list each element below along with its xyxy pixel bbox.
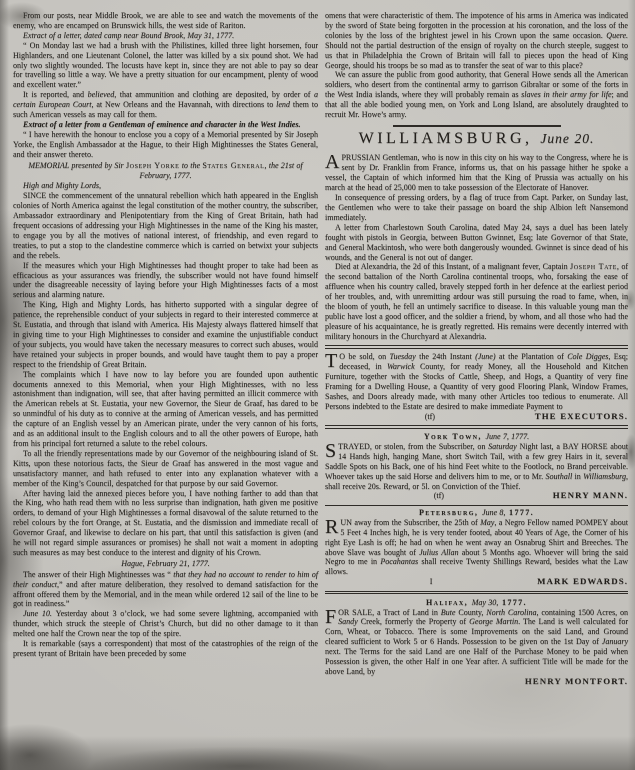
text-run: at the Plantation of (496, 352, 568, 361)
letter-dateline: Extract of a letter, dated camp near Bou… (13, 31, 318, 41)
text-run: lend (276, 100, 290, 109)
memorial-paragraph-3: The King, High and Mighty Lords, has hit… (13, 300, 318, 369)
text-run: O be sold, on (339, 352, 389, 361)
divider-rule (325, 425, 628, 429)
text-run: May 30, (472, 598, 499, 607)
text-run: SINCE the commencement of the unnatural … (13, 191, 318, 259)
text-run: January (602, 637, 628, 646)
drop-cap: A (325, 154, 341, 171)
signature-montfort: HENRY MONTFORT. (325, 677, 628, 687)
text-run: to the (179, 161, 202, 170)
text-run: If the measures which your High Mightine… (13, 261, 318, 300)
text-run: In consequence of pressing orders, by a … (325, 193, 628, 222)
extract-heading: Extract of a letter from a Gentleman of … (13, 120, 318, 130)
text-run: The answer of their High Mightinesses wa… (23, 570, 173, 579)
signature-mann: (tf)HENRY MANN. (325, 491, 628, 501)
text-run: June 7, 1777. (485, 432, 529, 441)
text-run: Extract of a letter from a Gentleman of … (23, 120, 300, 129)
text-run: Petersburg, (419, 508, 482, 517)
text-run: UN away from the Subscriber, the 25th of (340, 518, 480, 527)
divider-rule (325, 505, 628, 506)
text-run: Sandy (338, 617, 358, 626)
ad-strayed-horse: STRAYED, or stolen, from the Subscriber,… (325, 442, 628, 492)
signature-name: MARK EDWARDS. (537, 577, 628, 587)
news-ammunition: It is reported, and believed, that ammun… (13, 90, 318, 120)
text-run: Hague, February 21, 1777. (121, 559, 209, 568)
text-run: States General (202, 161, 264, 170)
drop-cap: S (325, 443, 338, 460)
ad-mark: (tf) (325, 412, 535, 422)
drop-cap: F (325, 609, 338, 626)
text-run: Died at Alexandria, the 2d of this Insta… (335, 262, 570, 271)
text-run: MEMORIAL presented by Sir (28, 161, 126, 170)
dateline-petersburg: Petersburg, June 8, 1777. (325, 508, 628, 518)
text-run: WILLIAMSBURG, (359, 130, 541, 147)
text-run: It is reported, and (23, 90, 88, 99)
memorial-paragraph-2: If the measures which your High Mightine… (13, 261, 318, 301)
text-run: It is remarkable (says a correspondent) … (13, 639, 318, 658)
memorial-paragraph-4: The complaints which I have now to lay b… (13, 370, 318, 449)
text-run: next. The Terms for the said Land are on… (325, 647, 628, 676)
memorial-heading: MEMORIAL presented by Sir Joseph Yorke t… (13, 161, 318, 181)
masthead-rule (393, 125, 561, 128)
text-run: June 20. (540, 131, 594, 146)
text-run: omens that were characteristic of them. … (325, 11, 628, 40)
text-run: , at New Orleans and the Havannah, with … (91, 100, 276, 109)
text-run: Saturday (488, 442, 517, 451)
ad-mark: (tf) (325, 491, 553, 501)
text-run: County, (455, 608, 486, 617)
signature-edwards: IMARK EDWARDS. (325, 577, 628, 587)
letter-extract: “ On Monday last we had a brush with the… (13, 41, 318, 91)
text-run: George Martin (469, 617, 518, 626)
dateline-york-town: York Town, June 7, 1777. (325, 432, 628, 442)
text-run: Halifax, (426, 598, 472, 607)
right-column: omens that were characteristic of them. … (325, 11, 628, 687)
text-run: OR SALE, a Tract of Land in (338, 608, 441, 617)
text-run: Southall (546, 472, 573, 481)
howe-paragraph: We can assure the public from good autho… (325, 70, 628, 120)
ad-land-sale: FOR SALE, a Tract of Land in Bute County… (325, 608, 628, 677)
text-run: (June) (475, 352, 495, 361)
text-run: , that ammunition and clothing are depos… (114, 90, 314, 99)
divider-rule (325, 591, 628, 595)
text-run: After having laid the annexed pieces bef… (13, 489, 318, 557)
text-run: The King, High and Mighty Lords, has hit… (13, 300, 318, 368)
news-remarkable: It is remarkable (says a correspondent) … (13, 639, 318, 659)
signature-name: HENRY MONTFORT. (525, 677, 628, 687)
signature-name: HENRY MANN. (553, 491, 628, 501)
text-run: Julius Allan (419, 548, 458, 557)
text-run: High and Mighty Lords, (23, 181, 101, 190)
text-run: Creek, formerly the Property of (358, 617, 469, 626)
text-run: Quere. (606, 31, 628, 40)
text-run: June 10. (23, 609, 56, 618)
text-run: , containing 1500 Acres, on (536, 608, 628, 617)
text-run: Joseph Yorke (126, 161, 179, 170)
text-run: Joseph Tate (570, 262, 617, 271)
text-run: believed (88, 90, 115, 99)
answer-paragraph: The answer of their High Mightinesses wa… (13, 570, 318, 610)
signature-name: THE EXECUTORS. (535, 412, 628, 422)
text-run: The complaints which I have now to lay b… (13, 370, 318, 448)
text-run: “ I have herewith the honour to enclose … (13, 130, 318, 159)
text-run: slaves in their army for life (521, 90, 611, 99)
text-run: ,” and after mature deliberation, they r… (13, 580, 318, 609)
text-run: Tuesday (389, 352, 415, 361)
omens-paragraph: omens that were characteristic of them. … (325, 11, 628, 70)
text-run: A letter from Charlestown South Carolina… (325, 223, 628, 262)
text-run: May (480, 518, 494, 527)
text-run: the 24th Instant (416, 352, 475, 361)
text-run: Yesterday about 3 o’clock, we had some s… (13, 609, 318, 638)
text-run: 1777. (498, 598, 527, 607)
ad-runaway: RUN away from the Subscriber, the 25th o… (325, 518, 628, 577)
salutation: High and Mighty Lords, (13, 181, 318, 191)
masthead: WILLIAMSBURG, June 20. (325, 129, 628, 151)
duel-news: A letter from Charlestown South Carolina… (325, 223, 628, 263)
memorial-intro: “ I have herewith the honour to enclose … (13, 130, 318, 160)
text-run: 1777. (505, 508, 534, 517)
drop-cap: T (325, 353, 339, 370)
text-run: York Town, (424, 432, 486, 441)
signature-executors: (tf)THE EXECUTORS. (325, 412, 628, 422)
text-run: TRAYED, or stolen, from the Subscriber, … (338, 442, 488, 451)
text-run: Pocahantas (380, 557, 418, 566)
dateline-halifax: Halifax, May 30, 1777. (325, 598, 628, 608)
text-run: Extract of a letter, dated camp near Bou… (23, 31, 234, 40)
ad-estate-sale: TO be sold, on Tuesday the 24th Instant … (325, 352, 628, 411)
news-middle-brook: From our posts, near Middle Brook, we ar… (13, 11, 318, 31)
text-run: , of the second battalion of the North C… (325, 262, 628, 340)
text-run: “ On Monday last we had a brush with the… (13, 41, 318, 90)
memorial-paragraph-5: To all the friendly representations made… (13, 449, 318, 489)
obituary-tate: Died at Alexandria, the 2d of this Insta… (325, 262, 628, 341)
albion-news: In consequence of pressing orders, by a … (325, 193, 628, 223)
text-run: To all the friendly representations made… (13, 449, 318, 488)
text-run: North Carolina (486, 608, 536, 617)
ad-mark: I (325, 577, 537, 587)
text-run: Should not the partial destruction of th… (325, 41, 628, 70)
hague-dateline: Hague, February 21, 1777. (13, 559, 318, 569)
newspaper-page: From our posts, near Middle Brook, we ar… (0, 0, 635, 770)
memorial-paragraph-6: After having laid the annexed pieces bef… (13, 489, 318, 558)
text-run: Bute (441, 608, 456, 617)
news-june-10: June 10. Yesterday about 3 o’clock, we h… (13, 609, 318, 639)
drop-cap: R (325, 519, 340, 536)
text-run: PRUSSIAN Gentleman, who is now in this c… (325, 153, 628, 192)
left-column: From our posts, near Middle Brook, we ar… (13, 11, 318, 659)
memorial-paragraph-1: SINCE the commencement of the unnatural … (13, 191, 318, 260)
text-run: June 8, (482, 508, 505, 517)
text-run: Williamsburg (583, 472, 626, 481)
text-run: Warwick (387, 362, 415, 371)
text-run: in (572, 472, 583, 481)
divider-rule (325, 345, 628, 349)
text-run: Cole Digges (567, 352, 608, 361)
prussian-news: APRUSSIAN Gentleman, who is now in this … (325, 153, 628, 193)
text-run: From our posts, near Middle Brook, we ar… (13, 11, 318, 30)
